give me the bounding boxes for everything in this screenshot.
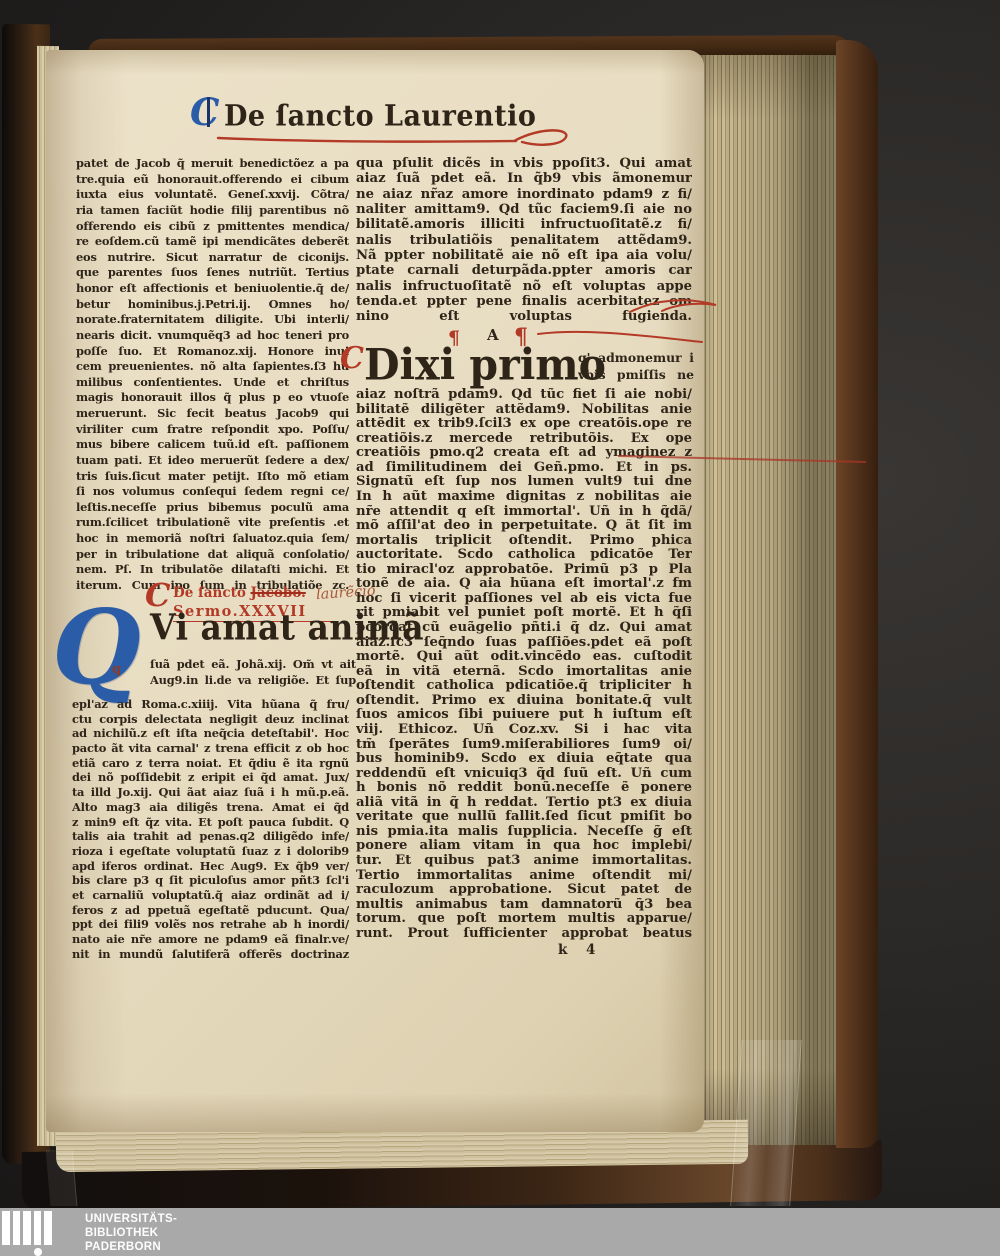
text-line: talis aia trahit ad penas.q2 diligẽdo in…: [72, 829, 349, 844]
text-line: nato aie nr̃e amore ne pdam9 eã finalr.v…: [72, 932, 349, 947]
logo-bar: [44, 1211, 52, 1245]
rubric-struck-word: Jacobo.: [251, 585, 306, 601]
text-line: honor eſt affectionis et beniuolentie.q̃…: [76, 281, 349, 297]
text-line: ſuos amicos ſibi puiuere put h iuſtum eſ…: [356, 708, 692, 723]
initial-guide-letter: q: [112, 662, 121, 677]
text-line: UNIVERSITÄTS-: [85, 1213, 177, 1227]
text-line: pacto ãt vita carnal' z trena efficit z …: [72, 741, 349, 756]
text-line: ptate carnali deturpãda.ppter amoris car: [356, 263, 692, 278]
text-line: nalis infructuoſitatẽ nõ eſt voluptas ap…: [356, 279, 692, 294]
text-line: apd iferos ordinat. Hec Aug9. Ex q̃b9 ve…: [72, 859, 349, 874]
text-line: nalis tribulatiõis penalitatem attẽdam9.: [356, 233, 692, 248]
text-line: ad nichilũ.z eſt iſta neq̃cia deteſtabil…: [72, 726, 349, 741]
text-line: runt. Prout ſufficienter approbat beatus: [356, 927, 692, 942]
logo-dot: [34, 1248, 42, 1256]
text-line: nearis dicit. vnumquẽq3 ad hoc teneri pr…: [76, 328, 349, 344]
dixi-primo-heading: Dixi primo: [364, 340, 606, 390]
text-line: bilitatẽ.amoris illiciti infructuoſitatẽ…: [356, 217, 692, 232]
text-line: hoc ſi vicerit paſſiones vel ab eis vict…: [356, 592, 692, 607]
text-line: tio miracl'oz approbatõe. Primũ p3 p Pla: [356, 563, 692, 578]
text-line: PADERBORN: [85, 1241, 177, 1255]
text-line: et carnaliũ voluptatũ.q̃ aiaz ordinãt ad…: [72, 888, 349, 903]
text-line: oſtendit catholica pdicatiõe.q̃ triplici…: [356, 679, 692, 694]
text-line: veritate que nullũ fallit.ſed ſicut pmiſ…: [356, 810, 692, 825]
text-line: feros z ad ppetuã egeſtatẽ pducunt. Qua/: [72, 903, 349, 918]
text-line: vbis pmiſſis ne: [578, 366, 694, 383]
text-line: ad ſimilitudinem dei Geñ.pmo. Et in ps.: [356, 461, 692, 476]
logo-bar: [13, 1211, 21, 1245]
text-line: Nã ppter nobilitatẽ aie nõ eſt ipa aia v…: [356, 248, 692, 263]
text-line: In h aũt maxime dignitas z nobilitas aie: [356, 490, 692, 505]
text-line: q' admonemur i: [578, 349, 694, 366]
text-line: naliter amittam9. Qd tũc faciem9.ſi aie …: [356, 202, 692, 217]
text-line: nem. Pſ. In tribulatõe dilataſti michi. …: [76, 562, 349, 578]
text-line: tuam pati. Et ideo meruerũt ſedere a dex…: [76, 453, 349, 469]
text-line: ppt dei fili9 volẽs nos retrahe ab h ino…: [72, 917, 349, 932]
text-line: rum.ſcilicet tribulationẽ vite preſentis…: [76, 515, 349, 531]
text-line: pcordat cũ euãgelio pñti.i q̃ dz. Qui am…: [356, 621, 692, 636]
text-line: re eoſdem.cũ tamẽ ipi mendicãtes deberẽt: [76, 234, 349, 250]
text-line: raculozum approbatione. Sicut patet de: [356, 883, 692, 898]
quire-signature-mark: k 4: [558, 942, 595, 958]
text-line: poſſe ſuo. Et Romanoz.xij. Honore inui: [76, 344, 349, 360]
text-line: nit in mundũ ſalutiferã offerẽs doctrina…: [72, 947, 349, 962]
text-line: Signatũ eſt ſup nos lumen vult9 tui dne: [356, 475, 692, 490]
right-column-text-lower: aiaz noſtrã pdam9. Qd tũc fiet ſi aie no…: [356, 388, 692, 941]
text-line: epl'az ad Roma.c.xiiij. Vita hũana q̃ fr…: [72, 697, 349, 712]
ulb-paderborn-logo: [2, 1211, 62, 1256]
text-line: patet de Jacob q̃ meruit benedictõez a p…: [76, 156, 349, 172]
red-underline-flourish: [216, 126, 596, 154]
illuminated-initial-Q: Q: [52, 602, 141, 696]
text-line: offerendo eis cibũ z pmittentes mendica/: [76, 219, 349, 235]
text-line: qua pſulit dicẽs in vbis ppoſit3. Qui am…: [356, 156, 692, 171]
text-line: mus bibere calicem tuũ.id eſt. paſſionem: [76, 437, 349, 453]
text-line: BIBLIOTHEK: [85, 1227, 177, 1241]
text-line: cem preuenientes. nõ alta ſapientes.ſ3 h…: [76, 359, 349, 375]
text-line: tre.quia eũ honorauit.offerendo ei cibum: [76, 172, 349, 188]
text-line: etiã caro z terra noiat. Et q̃diu ẽ ita …: [72, 756, 349, 771]
book-page: C De ſancto Laurentio patet de Jacob q̃ …: [46, 50, 704, 1132]
left-column-indented-lines: ſuã pdet eã. Johã.xij. Om̃ vt aitAug9.in…: [150, 657, 356, 689]
text-line: dei nõ poſſidebit z eripit ei q̃d amat. …: [72, 770, 349, 785]
text-line: creatiõis pmo.q2 creata eſt ad ymaginez …: [356, 446, 692, 461]
logo-bar: [2, 1211, 10, 1245]
text-line: nr̃e attendit q eſt immortal'. Uñ in h q…: [356, 505, 692, 520]
text-line: auctoritate. Scdo catholica pdicatõe Ter: [356, 548, 692, 563]
text-line: ſi nos volumus conſequi ſedem regni ce/: [76, 484, 349, 500]
text-line: oſtendit. Primo ex diuina bonitate.q̃ vu…: [356, 694, 692, 709]
text-line: hoc in memoriã noſtri ſaluatoz.quia ſem/: [76, 531, 349, 547]
red-swash-flourish: [628, 296, 720, 318]
text-line: aiaz noſtrã pdam9. Qd tũc fiet ſi aie no…: [356, 388, 692, 403]
library-name-text: UNIVERSITÄTS-BIBLIOTHEKPADERBORN: [85, 1213, 177, 1254]
text-line: multis animabus tam damnatorũ q̃3 bea: [356, 898, 692, 913]
rubric-title-line: De ſancto Jacobo.laurẽcio: [173, 585, 375, 601]
text-line: tm̃ ſperãtes ſum9.miſerabiliores ſum9 oi…: [356, 738, 692, 753]
text-line: ponere aliam vitam in qua hoc implebi/: [356, 839, 692, 854]
red-capitulum-mark-dixi: C: [340, 344, 364, 374]
text-line: bilitatẽ diligẽter attẽdam9. Nobilitas a…: [356, 403, 692, 418]
book-cradle-clamp-left: [46, 1150, 78, 1206]
text-line: tris ſuis.ſicut mater petijt. Iſto mõ et…: [76, 469, 349, 485]
heading-side-lines: q' admonemur ivbis pmiſſis ne: [578, 349, 694, 383]
text-line: ta illd Jo.xij. Qui ãat aiaz ſuã i h mũ.…: [72, 785, 349, 800]
text-line: Alto mag3 aia diligẽs trena. Amat ei q̃d: [72, 800, 349, 815]
text-line: betur hominibus.j.Petri.ij. Omnes ho/: [76, 297, 349, 313]
text-line: creatiõis.z mercede retributõis. Ex ope: [356, 432, 692, 447]
book-right-cover: [836, 40, 878, 1148]
text-line: rit pmiabit vel puniet poſt mortẽ. Et h …: [356, 606, 692, 621]
logo-bar: [34, 1211, 42, 1245]
text-line: reddendũ eſt vnicuiq3 q̃d ſuũ eſt. Uñ cu…: [356, 767, 692, 782]
capitulum-bar: [207, 97, 210, 127]
text-line: h bonis nõ reddit bonũ.neceſſe ẽ ponere: [356, 781, 692, 796]
text-line: rioza i egeſtate voluptatũ ſuaz z i dolo…: [72, 844, 349, 859]
text-line: mõ aſſil'at deo in perpetuitate. Q ãt ſi…: [356, 519, 692, 534]
text-line: torum. que poſt mortem multis apparue/: [356, 912, 692, 927]
text-line: bis clare p3 q ſit piculoſus amor pñt3 ſ…: [72, 873, 349, 888]
text-line: per in tribulatione dat aliquã conſolati…: [76, 547, 349, 563]
text-line: aiaz.ſc3 ſeq̃ndo ſuas paſſiões.pdet eã p…: [356, 636, 692, 651]
text-line: nis pmia.ita malis ſupplicia. Neceſſe g̃…: [356, 825, 692, 840]
text-line: norate.fraternitatem diligite. Ubi inter…: [76, 312, 349, 328]
text-line: viriliter cum fratre reſpondit xpo. Poſſ…: [76, 422, 349, 438]
text-line: iuxta eius voluntatẽ. Geneſ.xxvij. Cõtra…: [76, 187, 349, 203]
text-line: mortẽ. Qui aũt odit.vincẽdo eas. cuſtodi…: [356, 650, 692, 665]
text-line: attẽdit ex trib9.ſcil3 ex ope creatõis.o…: [356, 417, 692, 432]
text-line: aiaz ſuã pdet eã. In q̃b9 vbis ãmonemur: [356, 171, 692, 186]
text-line: ſuã pdet eã. Johã.xij. Om̃ vt ait: [150, 657, 356, 673]
fore-edge-page-stack: [698, 55, 850, 1145]
text-line: Aug9.in li.de va religiõe. Et ſup: [150, 673, 356, 689]
text-line: viij. Ethicoz. Uñ Coz.xv. Si i hac vita: [356, 723, 692, 738]
rubric-prefix: De ſancto: [173, 585, 251, 601]
text-line: aliã vitã in q̃ h reddat. Tertio pt3 ex …: [356, 796, 692, 811]
text-line: mortalis triplicit oſtendit. Primo phica: [356, 534, 692, 549]
text-line: eã in vitã eternã. Scdo imortalitas anie: [356, 665, 692, 680]
left-column-text-upper: patet de Jacob q̃ meruit benedictõez a p…: [76, 156, 349, 594]
text-line: que parentes ſuos ſenes nutriũt. Tertius: [76, 265, 349, 281]
text-line: ctu corpis delectata negligit deuz incli…: [72, 712, 349, 727]
text-line: meruerunt. Sic fecit beatus Jacob9 qui: [76, 406, 349, 422]
text-line: tonẽ de aia. Q aia hũana eſt imortal'.z …: [356, 577, 692, 592]
text-line: bus hominib9. Scdo ex diuia eq̃tate qua: [356, 752, 692, 767]
text-line: tur. Et quibus pat3 anime immortalitas.: [356, 854, 692, 869]
text-line: magis honorauit illos q̃ plus p eo vtuoſ…: [76, 390, 349, 406]
text-line: milibus conſentientes. Unde et chriſtus: [76, 375, 349, 391]
text-line: Tertio immortalitas anime oſtendit mi/: [356, 869, 692, 884]
text-line: ria tamen faciũt hodie filij parentibus …: [76, 203, 349, 219]
photograph-of-incunabulum: C De ſancto Laurentio patet de Jacob q̃ …: [0, 0, 1000, 1256]
library-watermark-band: UNIVERSITÄTS-BIBLIOTHEKPADERBORN: [0, 1208, 1000, 1256]
text-line: z min9 eſt q̃z vita. Et poſt pauca ſubdi…: [72, 815, 349, 830]
text-line: ne aiaz nr̃az amore inordinato pdam9 z f…: [356, 187, 692, 202]
text-line: eos nutrire. Sicut narratur de ciconijs.: [76, 250, 349, 266]
book-cradle-clamp: [730, 1040, 802, 1206]
left-column-text-lower: epl'az ad Roma.c.xiiij. Vita hũana q̃ fr…: [72, 697, 349, 961]
logo-bar: [23, 1211, 31, 1245]
text-line: leſtis.neceſſe prius bibemus poculũ ama: [76, 500, 349, 516]
